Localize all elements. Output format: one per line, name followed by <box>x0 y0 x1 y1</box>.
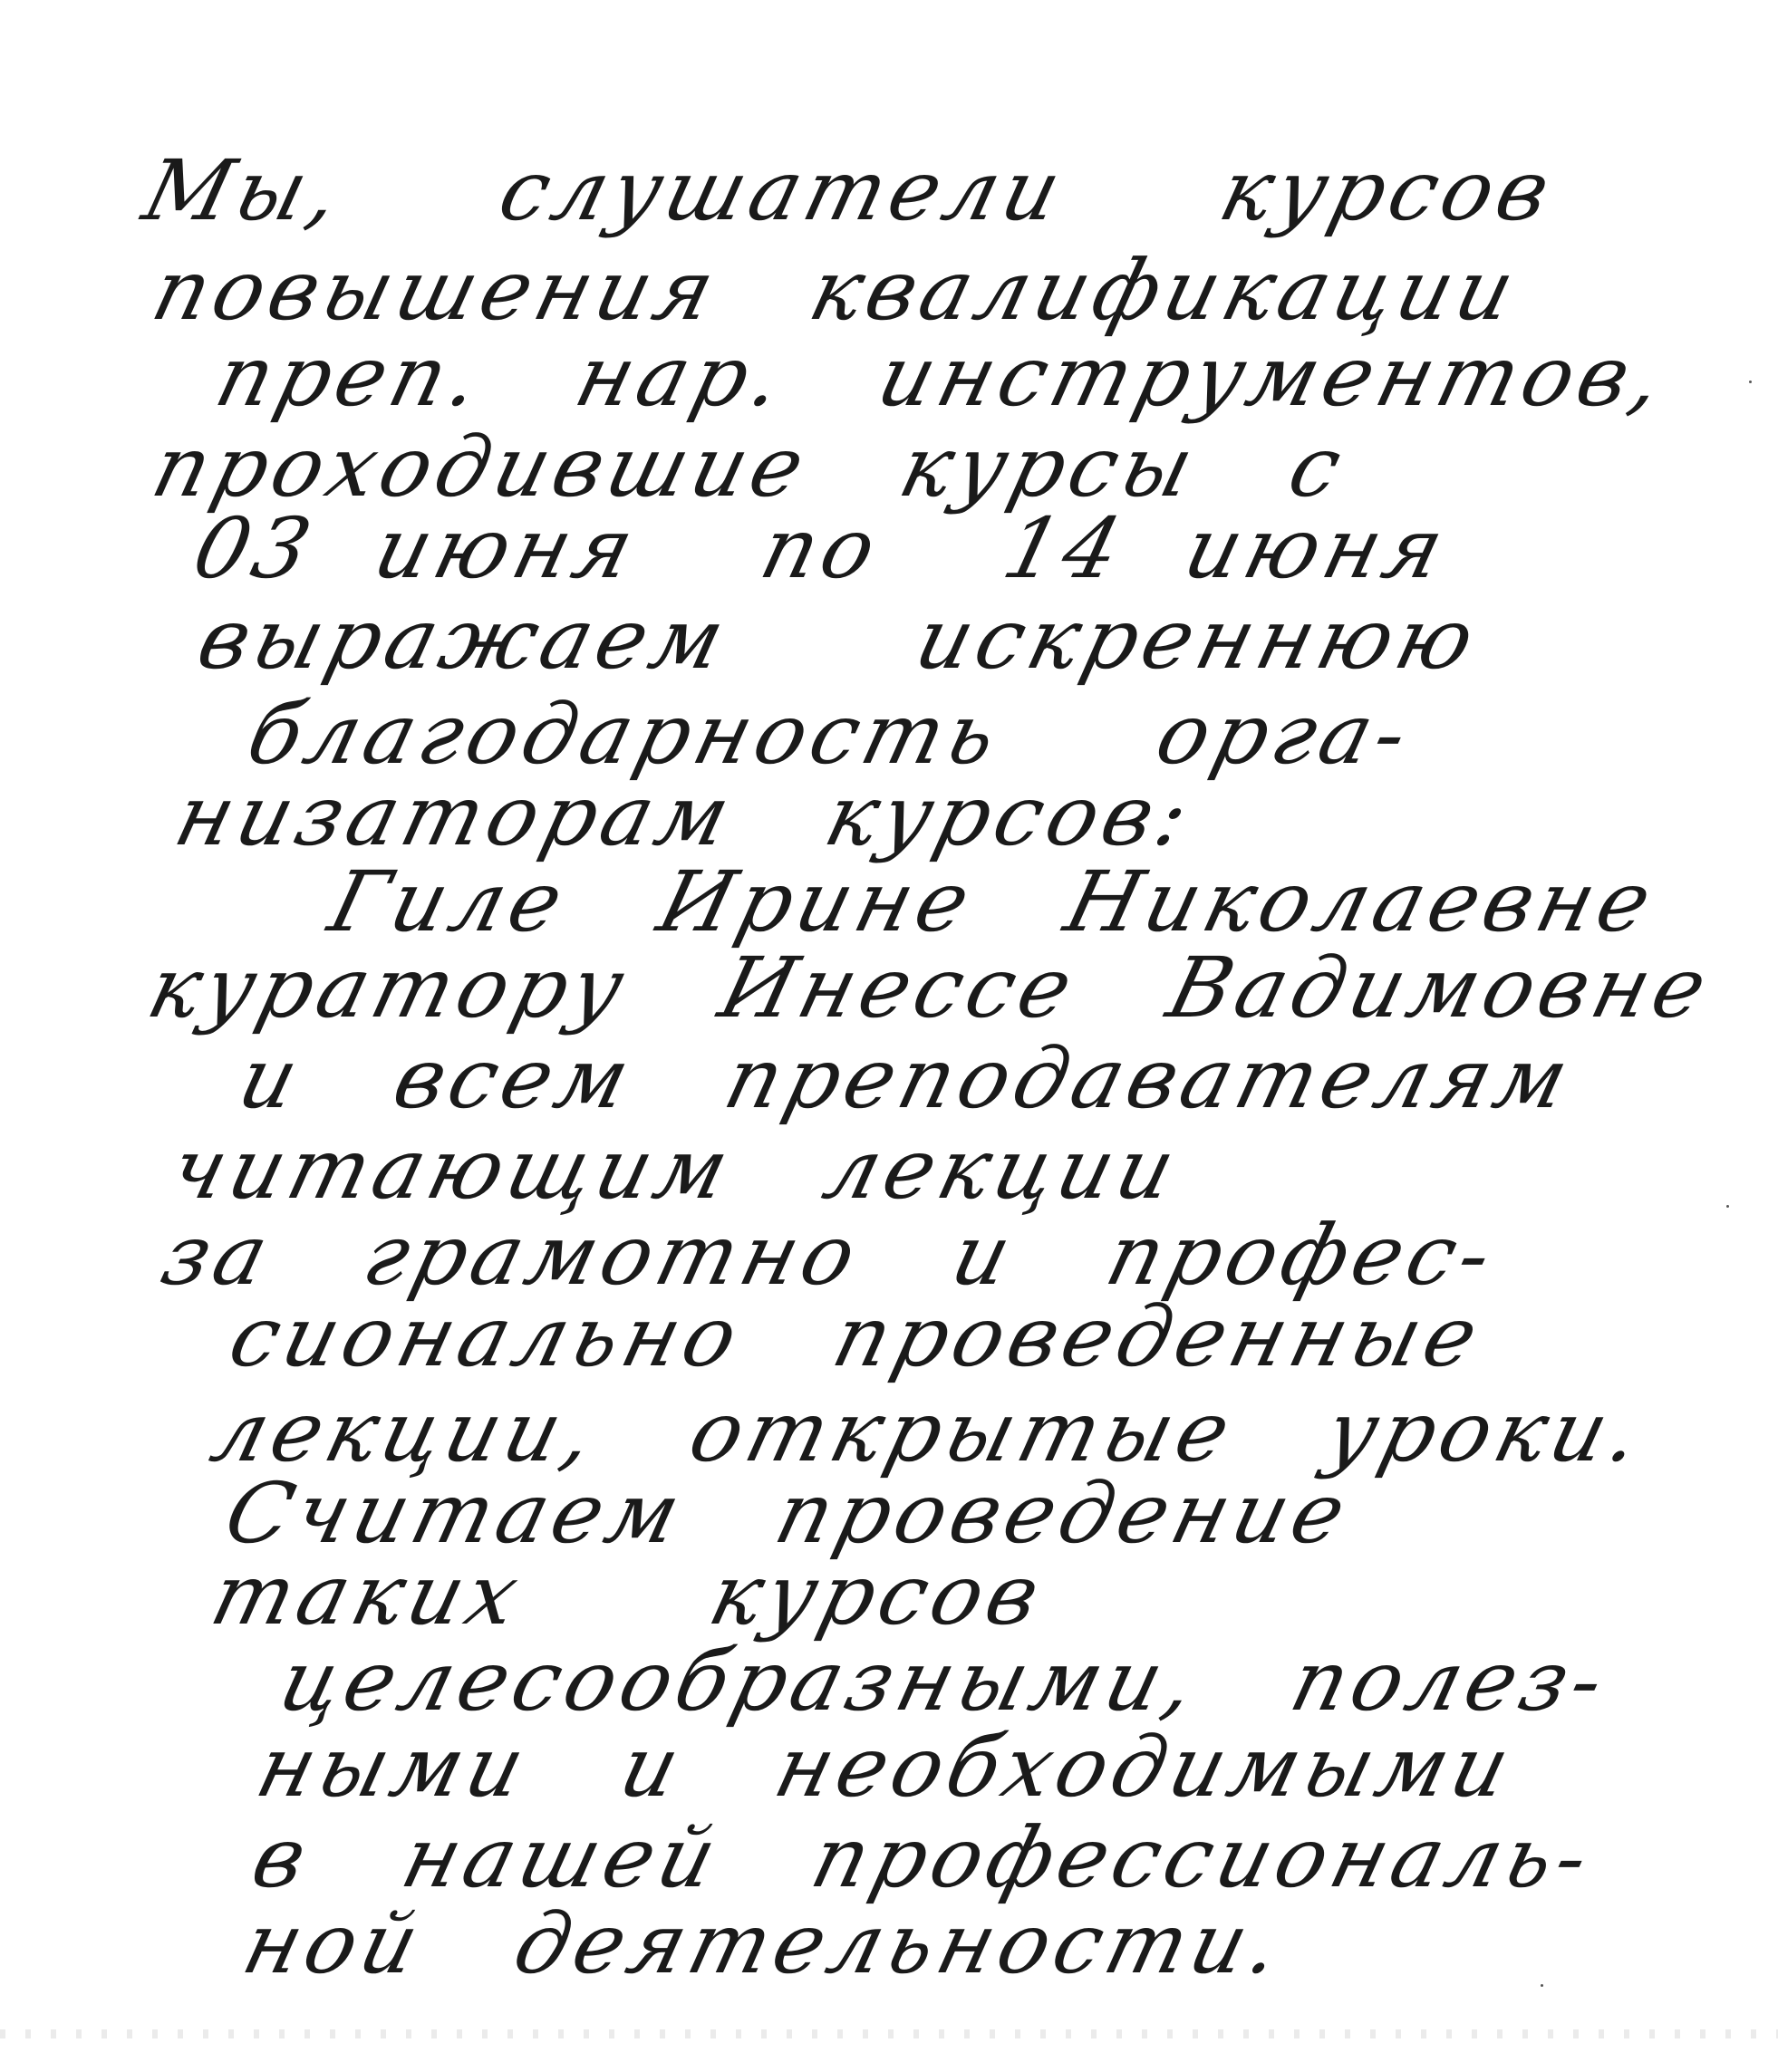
letter-line-7: благодарность орга- <box>240 693 1420 776</box>
letter-line-13: за грамотно и профес- <box>154 1214 1504 1297</box>
scan-edge-noise <box>0 2029 1778 2038</box>
letter-line-21: ной деятельности. <box>236 1903 1293 1986</box>
scan-speck <box>1541 1984 1543 1987</box>
letter-line-15: лекции, открытые уроки. <box>204 1391 1653 1474</box>
letter-line-2: повышения квалификации <box>145 249 1527 332</box>
letter-line-16: Считаем проведение <box>217 1472 1358 1556</box>
handwritten-letter-page: Мы, слушатели курсов повышения квалифика… <box>0 0 1778 2072</box>
letter-line-11: и всем преподавателям <box>231 1037 1581 1121</box>
letter-line-8: низаторам курсов: <box>168 775 1202 858</box>
letter-line-20: в нашей профессиональ- <box>245 1817 1601 1900</box>
letter-line-3: преп. нар. инструментов, <box>208 335 1676 419</box>
letter-line-14: сионально проведенные <box>222 1296 1491 1379</box>
letter-line-1: Мы, слушатели курсов <box>136 149 1562 233</box>
letter-line-19: ными и необходимыми <box>249 1726 1522 1809</box>
letter-line-6: выражаем искреннюю <box>190 598 1487 681</box>
letter-line-10: куратору Инессе Вадимовне <box>140 947 1719 1030</box>
letter-line-5: 03 июня по 14 июня <box>186 507 1456 591</box>
letter-line-12: читающим лекции <box>163 1128 1188 1211</box>
letter-line-4: проходившие курсы с <box>145 426 1354 509</box>
letter-line-18: целесообразными, полез- <box>272 1640 1617 1723</box>
letter-line-9: Гиле Ирине Николаевне <box>322 861 1664 944</box>
scan-speck <box>1749 381 1752 383</box>
scan-speck <box>1726 1205 1729 1208</box>
letter-line-17: таких курсов <box>204 1554 1052 1637</box>
